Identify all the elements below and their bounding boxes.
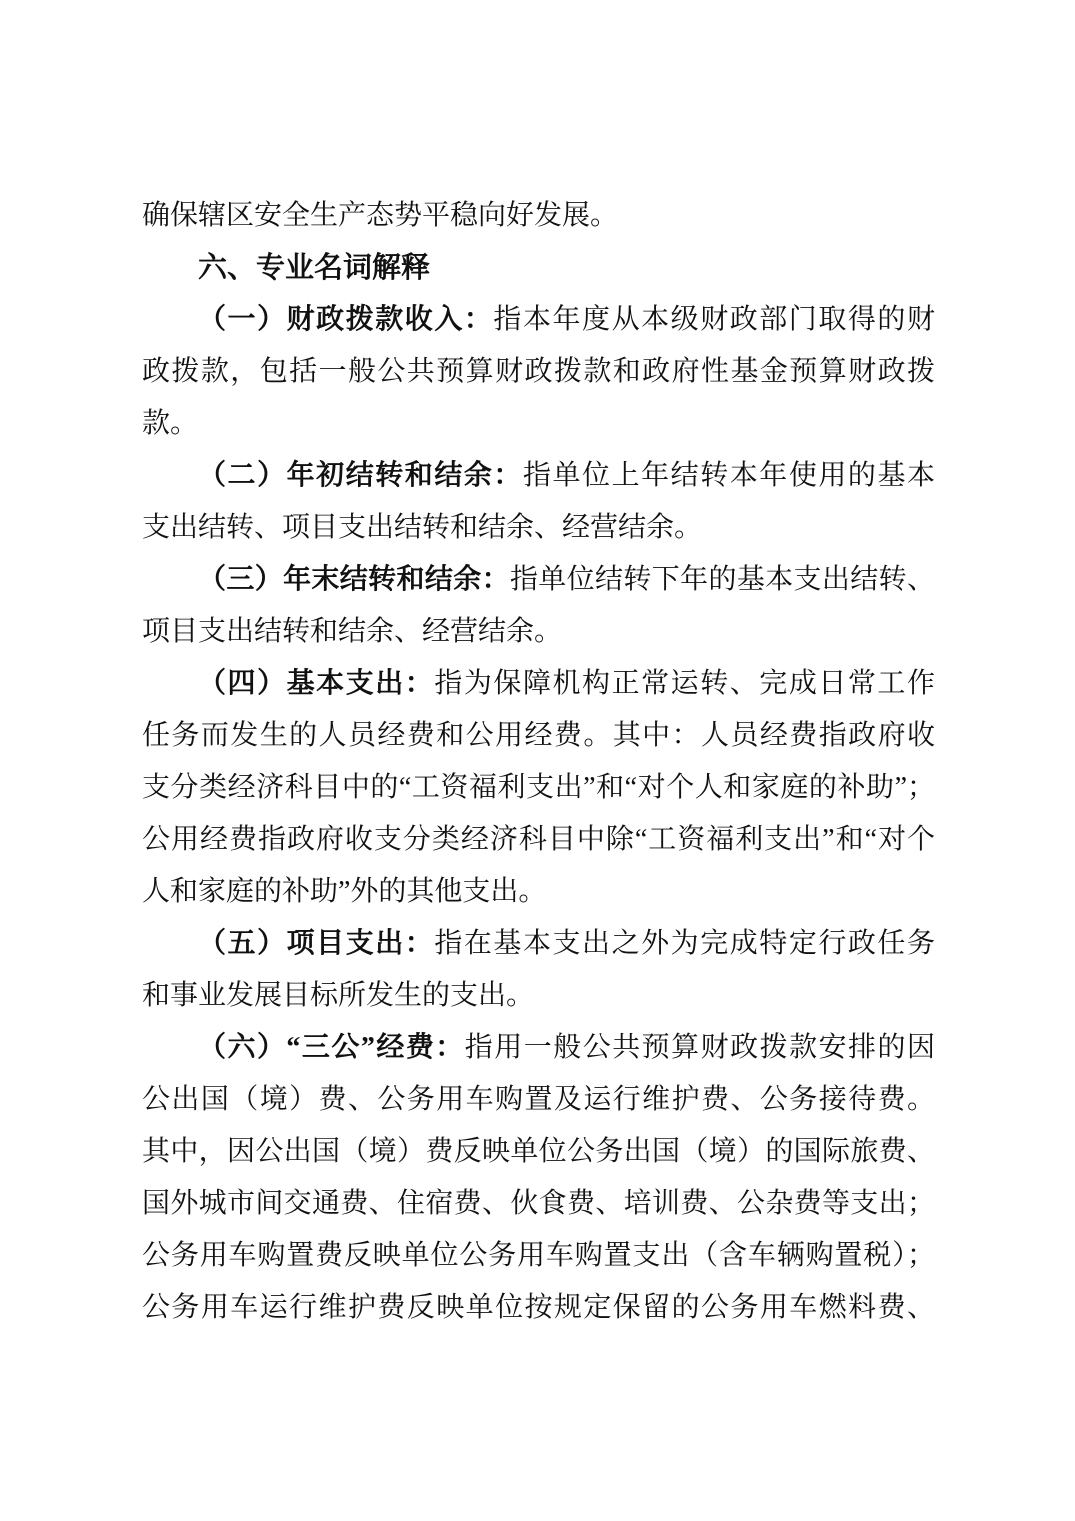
- term-label: （三）年末结转和结余：: [198, 564, 510, 595]
- paragraph-continuation-line: 确保辖区安全生产态势平稳向好发展。: [142, 190, 935, 242]
- term-6-line-2: 公出国（境）费、公务用车购置及运行维护费、公务接待费。: [142, 1074, 935, 1126]
- body-text: 和事业发展目标所发生的支出。: [142, 980, 534, 1011]
- term-6-line-1: （六）“三公”经费：指用一般公共预算财政拨款安排的因: [142, 1022, 935, 1074]
- body-text: 其中，因公出国（境）费反映单位公务出国（境）的国际旅费、: [142, 1136, 935, 1167]
- term-2-line-1: （二）年初结转和结余：指单位上年结转本年使用的基本: [142, 450, 935, 502]
- term-4-line-4: 公用经费指政府收支分类经济科目中除“工资福利支出”和“对个: [142, 814, 935, 866]
- term-label: （六）“三公”经费：: [198, 1032, 465, 1063]
- term-4-line-5: 人和家庭的补助”外的其他支出。: [142, 866, 935, 918]
- term-label: （一）财政拨款收入：: [198, 304, 493, 335]
- term-label: （二）年初结转和结余：: [198, 460, 523, 491]
- body-text: 公出国（境）费、公务用车购置及运行维护费、公务接待费。: [142, 1084, 935, 1115]
- term-4-line-3: 支分类经济科目中的“工资福利支出”和“对个人和家庭的补助”；: [142, 762, 935, 814]
- term-6-line-4: 国外城市间交通费、住宿费、伙食费、培训费、公杂费等支出；: [142, 1178, 935, 1230]
- term-3-line-2: 项目支出结转和结余、经营结余。: [142, 606, 935, 658]
- body-text: 指为保障机构正常运转、完成日常工作: [434, 668, 935, 699]
- body-text: 公务用车购置费反映单位公务用车购置支出（含车辆购置税）；: [142, 1240, 935, 1271]
- body-text: 项目支出结转和结余、经营结余。: [142, 616, 562, 647]
- body-text: 人和家庭的补助”外的其他支出。: [142, 876, 546, 907]
- body-text: 款。: [142, 408, 198, 439]
- term-3-line-1: （三）年末结转和结余：指单位结转下年的基本支出结转、: [142, 554, 935, 606]
- term-1-line-3: 款。: [142, 398, 935, 450]
- term-label: （五）项目支出：: [198, 928, 434, 959]
- body-text: 确保辖区安全生产态势平稳向好发展。: [142, 200, 618, 231]
- body-text: 支分类经济科目中的“工资福利支出”和“对个人和家庭的补助”；: [142, 772, 935, 803]
- term-6-line-3: 其中，因公出国（境）费反映单位公务出国（境）的国际旅费、: [142, 1126, 935, 1178]
- body-text: 任务而发生的人员经费和公用经费。其中：人员经费指政府收: [142, 720, 935, 751]
- body-text: 支出结转、项目支出结转和结余、经营结余。: [142, 512, 702, 543]
- body-text: 指单位上年结转本年使用的基本: [523, 460, 935, 491]
- term-6-line-5: 公务用车购置费反映单位公务用车购置支出（含车辆购置税）；: [142, 1230, 935, 1282]
- term-4-line-1: （四）基本支出：指为保障机构正常运转、完成日常工作: [142, 658, 935, 710]
- section-heading: 六、专业名词解释: [142, 242, 935, 294]
- term-4-line-2: 任务而发生的人员经费和公用经费。其中：人员经费指政府收: [142, 710, 935, 762]
- term-6-line-6: 公务用车运行维护费反映单位按规定保留的公务用车燃料费、: [142, 1282, 935, 1334]
- body-text: 国外城市间交通费、住宿费、伙食费、培训费、公杂费等支出；: [142, 1188, 935, 1219]
- term-label: （四）基本支出：: [198, 668, 434, 699]
- document-text-block: 确保辖区安全生产态势平稳向好发展。六、专业名词解释（一）财政拨款收入：指本年度从…: [142, 190, 935, 1334]
- heading-text: 六、专业名词解释: [198, 252, 430, 284]
- body-text: 指在基本支出之外为完成特定行政任务: [434, 928, 935, 959]
- body-text: 公用经费指政府收支分类经济科目中除“工资福利支出”和“对个: [142, 824, 935, 855]
- body-text: 政拨款，包括一般公共预算财政拨款和政府性基金预算财政拨: [142, 356, 935, 387]
- body-text: 指用一般公共预算财政拨款安排的因: [465, 1032, 935, 1063]
- term-1-line-1: （一）财政拨款收入：指本年度从本级财政部门取得的财: [142, 294, 935, 346]
- term-1-line-2: 政拨款，包括一般公共预算财政拨款和政府性基金预算财政拨: [142, 346, 935, 398]
- term-5-line-2: 和事业发展目标所发生的支出。: [142, 970, 935, 1022]
- document-page: 确保辖区安全生产态势平稳向好发展。六、专业名词解释（一）财政拨款收入：指本年度从…: [0, 0, 1075, 1521]
- body-text: 指本年度从本级财政部门取得的财: [493, 304, 935, 335]
- body-text: 公务用车运行维护费反映单位按规定保留的公务用车燃料费、: [142, 1292, 935, 1323]
- term-5-line-1: （五）项目支出：指在基本支出之外为完成特定行政任务: [142, 918, 935, 970]
- term-2-line-2: 支出结转、项目支出结转和结余、经营结余。: [142, 502, 935, 554]
- body-text: 指单位结转下年的基本支出结转、: [510, 564, 935, 595]
